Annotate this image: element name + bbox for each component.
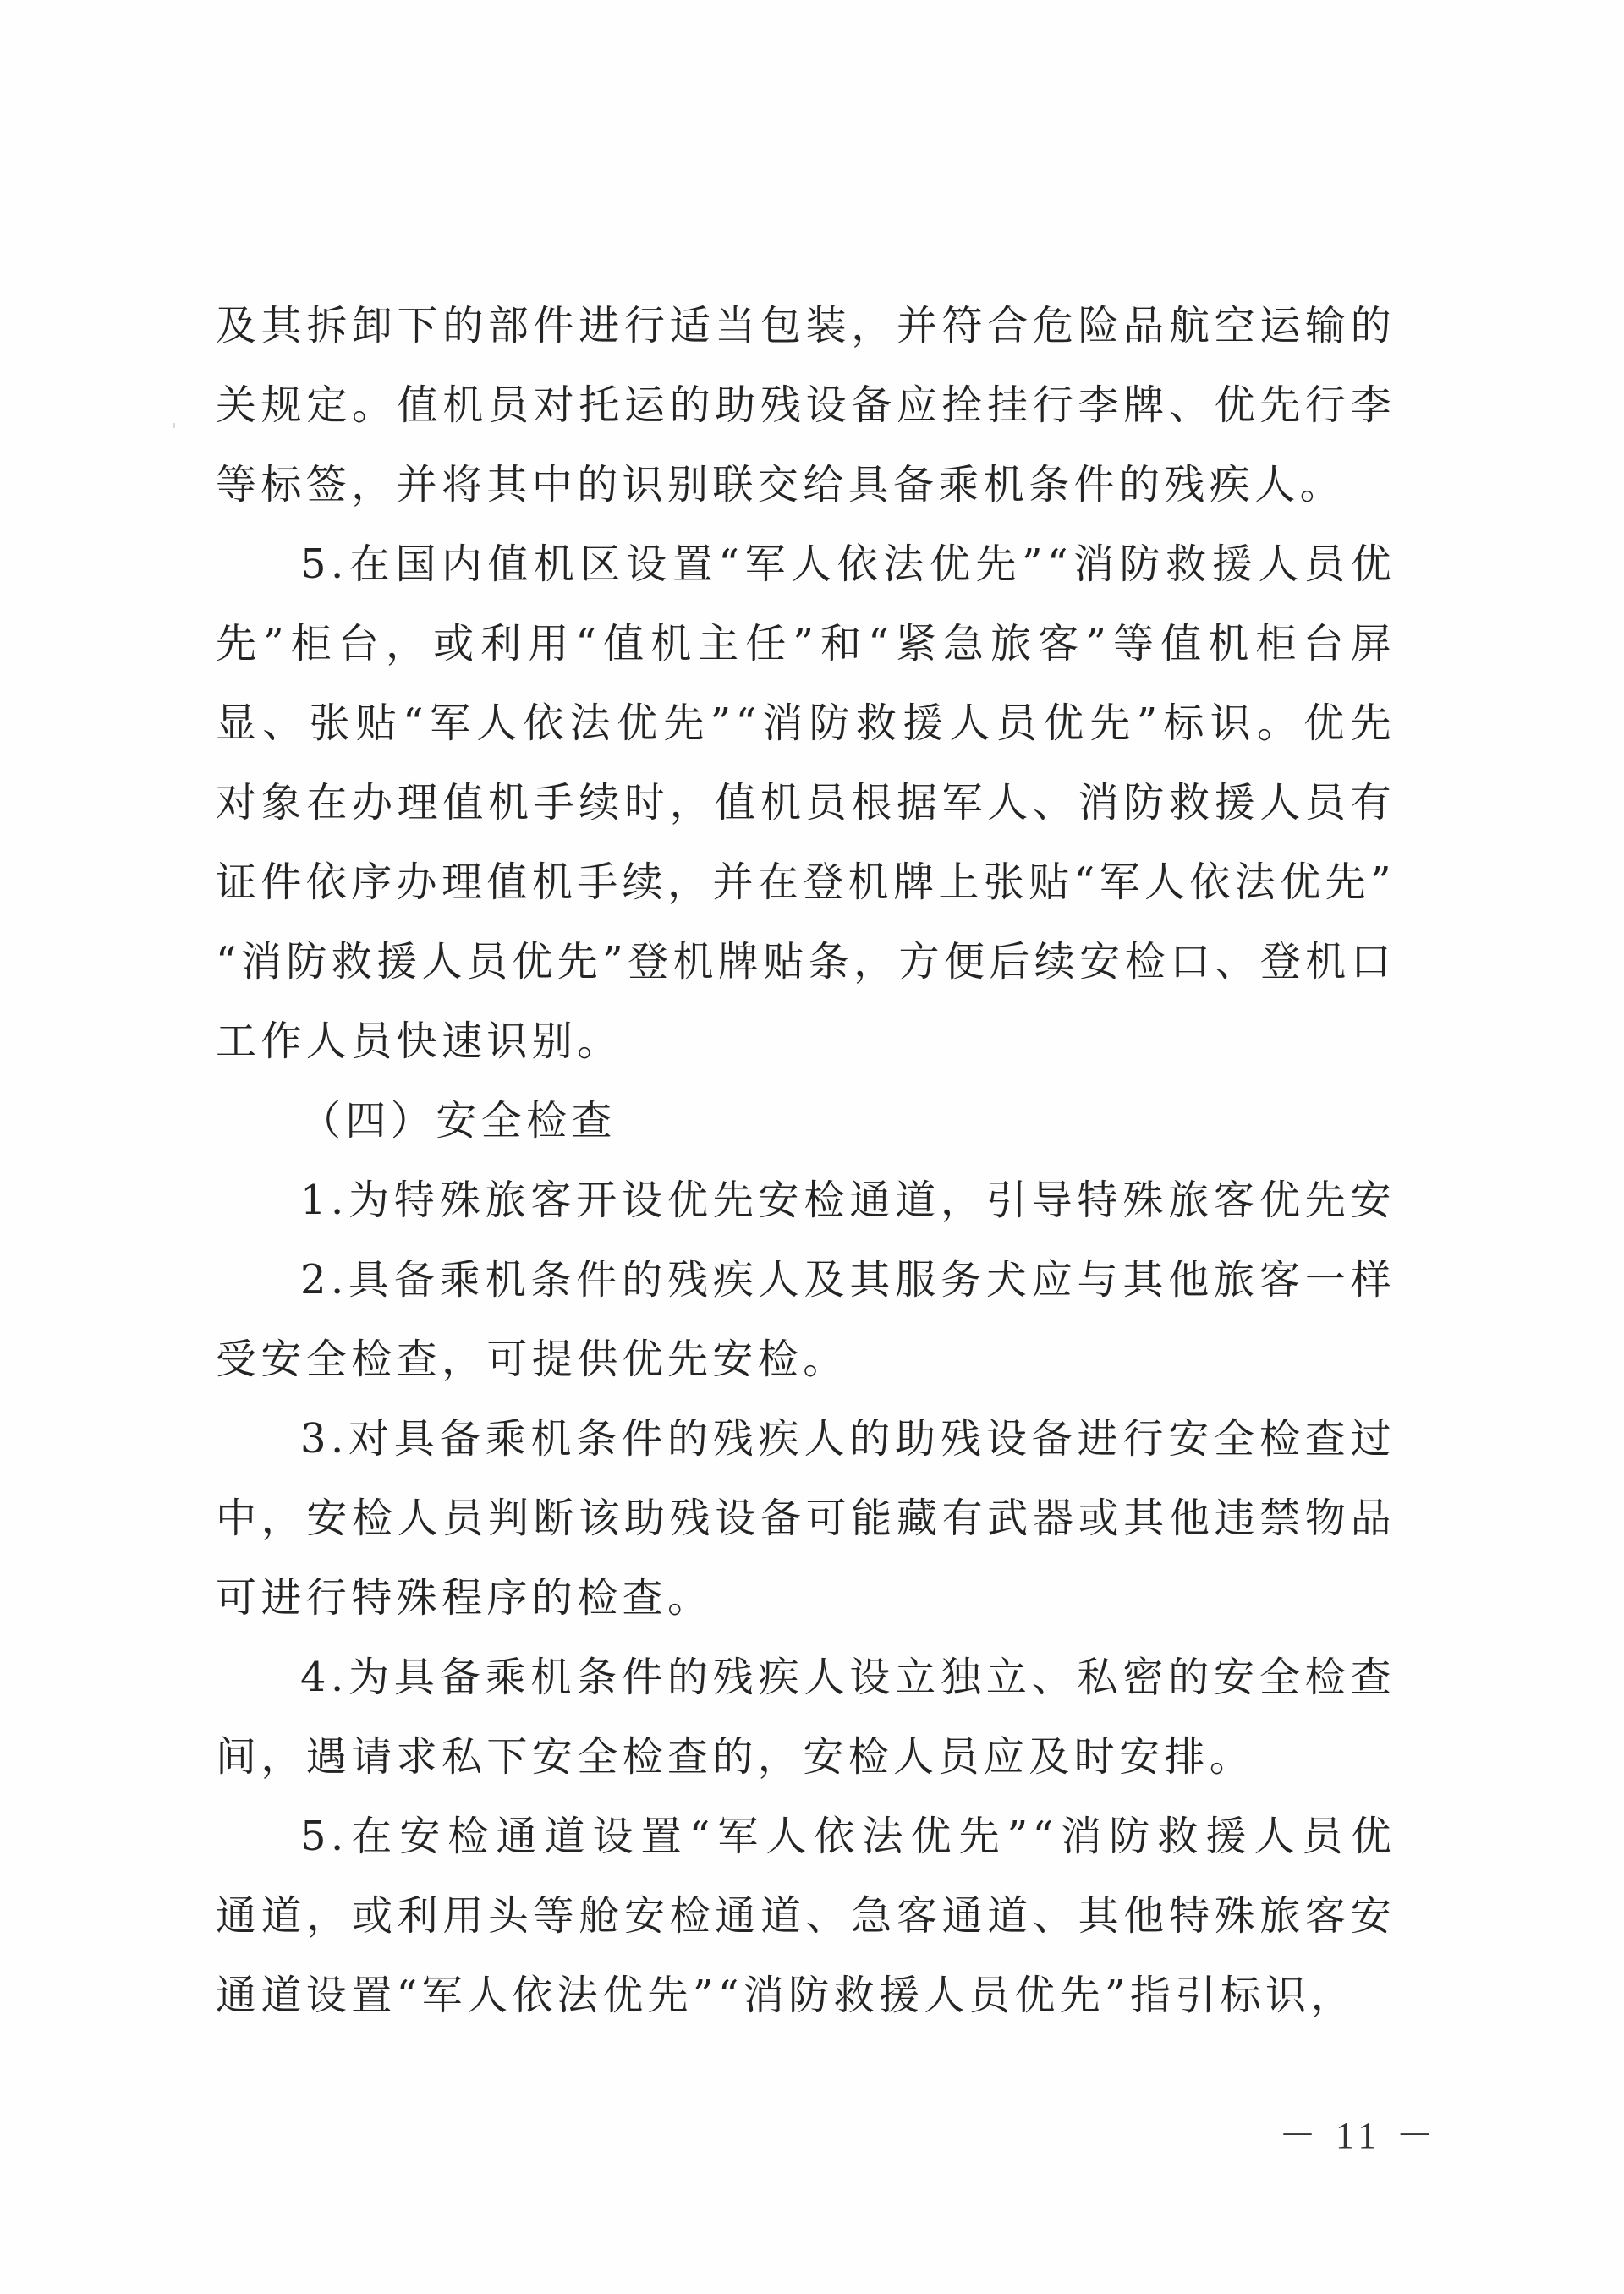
text-line: 中，安检人员判断该助残设备可能藏有武器或其他违禁物品的， (216, 1479, 1396, 1558)
paragraph-start-item-1: 1.为特殊旅客开设优先安检通道，引导特殊旅客优先安检。 (216, 1161, 1396, 1240)
paragraph-start-item-3: 3.对具备乘机条件的残疾人的助残设备进行安全检查过程 (216, 1399, 1396, 1479)
text-line: 工作人员快速识别。 (216, 1002, 1396, 1081)
text-line: “消防救援人员优先”登机牌贴条，方便后续安检口、登机口等 (216, 922, 1396, 1002)
text-line: 对象在办理值机手续时，值机员根据军人、消防救援人员有效 (216, 763, 1396, 842)
text-line: 关规定。值机员对托运的助残设备应拴挂行李牌、优先行李条 (216, 365, 1396, 445)
page-number: － 11 － (1279, 2105, 1438, 2159)
paragraph-start-item-5: 5.在国内值机区设置“军人依法优先”“消防救援人员优 (216, 524, 1396, 604)
body-text: 及其拆卸下的部件进行适当包装，并符合危险品航空运输的相 关规定。值机员对托运的助… (216, 286, 1396, 2035)
text-line: 及其拆卸下的部件进行适当包装，并符合危险品航空运输的相 (216, 286, 1396, 365)
text-line: 证件依序办理值机手续，并在登机牌上张贴“军人依法优先” (216, 842, 1396, 922)
text-line: 等标签，并将其中的识别联交给具备乘机条件的残疾人。 (216, 445, 1396, 524)
text-line: 间，遇请求私下安全检查的，安检人员应及时安排。 (216, 1717, 1396, 1797)
text-line: 通道，或利用头等舱安检通道、急客通道、其他特殊旅客安检 (216, 1876, 1396, 1956)
document-page: 及其拆卸下的部件进行适当包装，并符合危险品航空运输的相 关规定。值机员对托运的助… (0, 0, 1624, 2294)
section-heading-security-check: （四）安全检查 (216, 1081, 1396, 1161)
text-line: 受安全检查，可提供优先安检。 (216, 1320, 1396, 1399)
text-line: 通道设置“军人依法优先”“消防救援人员优先”指引标识， (216, 1956, 1396, 2035)
text-line: 可进行特殊程序的检查。 (216, 1558, 1396, 1638)
scan-artifact (173, 423, 175, 428)
text-line: 先”柜台，或利用“值机主任”和“紧急旅客”等值机柜台屏 (216, 604, 1396, 683)
paragraph-start-item-4: 4.为具备乘机条件的残疾人设立独立、私密的安全检查空 (216, 1638, 1396, 1717)
paragraph-start-item-2: 2.具备乘机条件的残疾人及其服务犬应与其他旅客一样接 (216, 1240, 1396, 1320)
paragraph-start-item-5b: 5.在安检通道设置“军人依法优先”“消防救援人员优先” (216, 1797, 1396, 1876)
text-line: 显、张贴“军人依法优先”“消防救援人员优先”标识。优先 (216, 683, 1396, 763)
